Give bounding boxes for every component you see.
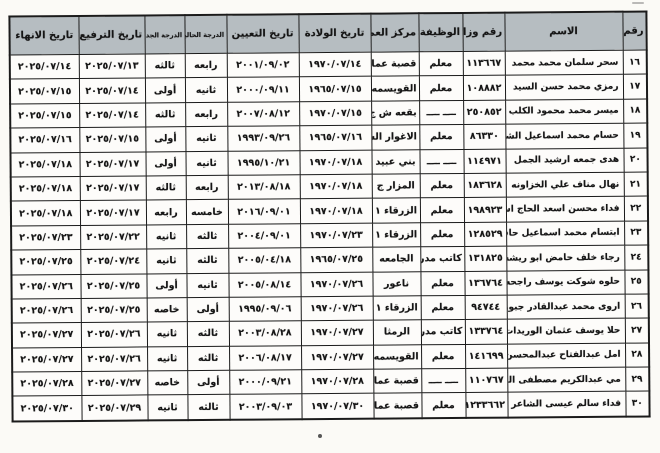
- cell-num: ٢٦: [625, 294, 649, 319]
- cell-name: حلوه شوكت يوسف راجحه: [506, 270, 624, 295]
- cell-work-center: قصبة عمان: [373, 393, 421, 418]
- header-number: رقم: [622, 12, 646, 51]
- cell-birth-date: ١٩٦٥/٠٧/١٥: [299, 77, 371, 102]
- cell-hire-date: ٢٠٠٠/٠٩/٢١: [229, 370, 301, 395]
- cell-job: معلم: [421, 344, 465, 369]
- employee-table: رقم الاسم رقم وزاري الوظيفة مركز العمل ت…: [8, 10, 650, 422]
- cell-birth-date: ١٩٧٠/٠٧/١٨: [300, 174, 372, 199]
- header-name: الاسم: [504, 12, 622, 51]
- cell-ministry-number: ١٤١٦٩٩: [465, 344, 507, 369]
- table-row: ٣٠فداء سالم عيسى الشاعر١٢٣٣٦٦٢معلمقصبة ع…: [12, 391, 649, 421]
- cell-num: ٢٠: [623, 148, 647, 173]
- table-header: رقم الاسم رقم وزاري الوظيفة مركز العمل ت…: [9, 12, 646, 56]
- cell-promotion-date: ٢٠٢٥/٠٧/٢٥: [81, 298, 147, 323]
- cell-end-date: ٢٠٢٥/٠٧/١٥: [10, 79, 79, 104]
- cell-hire-date: ١٩٩٣/٠٩/٢٦: [227, 126, 299, 151]
- cell-end-date: ٢٠٢٥/٠٧/٢٦: [12, 298, 81, 323]
- cell-promotion-date: ٢٠٢٥/٠٧/١٣: [79, 54, 145, 79]
- cell-promotion-date: ٢٠٢٥/٠٧/١٧: [80, 176, 146, 201]
- cell-work-center: الزرقاء ١: [372, 223, 420, 248]
- cell-num: ٢٧: [625, 318, 649, 343]
- cell-promotion-date: ٢٠٢٥/٠٧/١٧: [79, 152, 145, 177]
- cell-num: ٢١: [624, 172, 648, 197]
- cell-promotion-date: ٢٠٢٥/٠٧/٢٢: [80, 225, 146, 250]
- cell-new-grade: ثانيه: [146, 249, 186, 274]
- cell-end-date: ٢٠٢٥/٠٧/١٨: [10, 152, 79, 177]
- cell-name: حسام محمد اسماعيل الشاطور: [505, 123, 623, 148]
- cell-end-date: ٢٠٢٥/٠٧/١٦: [10, 128, 79, 153]
- cell-work-center: الجامعه: [372, 247, 420, 272]
- cell-hire-date: ٢٠٠٣/٠٩/٠٣: [229, 394, 301, 419]
- cell-end-date: ٢٠٢٥/٠٧/٢٨: [12, 372, 81, 397]
- cell-new-grade: ثالثه: [145, 102, 185, 127]
- cell-birth-date: ١٩٧٠/٠٧/١٥: [299, 101, 371, 126]
- cell-job: ــــ ــــ: [419, 100, 463, 125]
- cell-new-grade: رابعه: [146, 200, 186, 225]
- cell-hire-date: ٢٠٠٧/٠٨/١٢: [227, 102, 299, 127]
- cell-name: رجاء خلف حامض ابو ريشه: [506, 245, 624, 270]
- cell-birth-date: ١٩٧٠/٠٧/٢٧: [301, 320, 373, 345]
- cell-job: معلم: [419, 51, 463, 76]
- cell-ministry-number: ١١٣٦٦٧: [463, 51, 505, 76]
- cell-num: ٢٨: [625, 343, 649, 368]
- cell-work-center: الرمثا: [373, 320, 421, 345]
- cell-ministry-number: ٨٦٣٣٠: [463, 124, 505, 149]
- cell-promotion-date: ٢٠٢٥/٠٧/٢٥: [80, 273, 146, 298]
- cell-num: ٢٢: [624, 196, 648, 221]
- cell-hire-date: ٢٠٠٥/٠٨/١٤: [228, 272, 300, 297]
- cell-current-grade: أولى: [187, 370, 229, 395]
- cell-current-grade: أولى: [187, 297, 229, 322]
- cell-ministry-number: ١٣٦٧٦٤: [464, 271, 506, 296]
- cell-ministry-number: ١٠٨٨٨٢: [463, 76, 505, 101]
- table-body: ١٦سحر سلمان محمد محمد١١٣٦٦٧معلمقصبة عمان…: [10, 50, 650, 421]
- cell-new-grade: ثالثه: [146, 176, 186, 201]
- header-hire-date: تاريخ التعيين: [226, 14, 298, 53]
- cell-end-date: ٢٠٢٥/٠٧/٣٠: [12, 396, 81, 421]
- cell-new-grade: ثانيه: [147, 346, 187, 371]
- cell-current-grade: خامسه: [186, 200, 228, 225]
- cell-work-center: بقعه ش ج: [371, 101, 419, 126]
- cell-promotion-date: ٢٠٢٥/٠٧/٢٦: [81, 347, 147, 372]
- cell-name: ميسر محمد محمود الكلب: [505, 99, 623, 124]
- cell-promotion-date: ٢٠٢٥/٠٧/٢٦: [81, 322, 147, 347]
- cell-name: فداء سالم عيسى الشاعر: [507, 392, 625, 418]
- cell-work-center: الزرقاء ١: [372, 198, 420, 223]
- cell-hire-date: ١٩٩٥/٠٩/٠٦: [229, 297, 301, 322]
- cell-current-grade: ثالثه: [186, 224, 228, 249]
- cell-num: ١٧: [623, 74, 647, 99]
- cell-work-center: ناعور: [372, 271, 420, 296]
- scan-artifact-dot: [318, 434, 322, 438]
- cell-current-grade: ثالثه: [187, 346, 229, 371]
- cell-new-grade: أولى: [145, 78, 185, 103]
- cell-current-grade: ثالثه: [186, 248, 228, 273]
- cell-job: ــــ ــــ: [421, 369, 465, 394]
- header-row: رقم الاسم رقم وزاري الوظيفة مركز العمل ت…: [9, 12, 646, 56]
- header-birth-date: تاريخ الولادة: [298, 14, 370, 53]
- cell-birth-date: ١٩٧٠/٠٧/١٨: [300, 199, 372, 224]
- cell-birth-date: ١٩٧٠/٠٧/١٨: [299, 150, 371, 175]
- cell-hire-date: ٢٠٠٤/٠٩/٠١: [228, 223, 300, 248]
- cell-num: ٢٤: [624, 245, 648, 270]
- header-work-center: مركز العمل: [370, 13, 418, 52]
- cell-work-center: الزرقاء ١: [373, 296, 421, 321]
- cell-birth-date: ١٩٧٠/٠٧/١٤: [299, 52, 371, 77]
- cell-new-grade: أولى: [146, 273, 186, 298]
- cell-job: معلم: [421, 295, 465, 320]
- cell-ministry-number: ١٢٨٥٢٩: [464, 222, 506, 247]
- cell-new-grade: ثانيه: [147, 322, 187, 347]
- cell-name: ابتسام محمد اسماعيل حافظ نويس: [506, 221, 624, 246]
- cell-promotion-date: ٢٠٢٥/٠٧/٢٧: [81, 371, 147, 396]
- cell-current-grade: رابعه: [185, 102, 227, 127]
- cell-birth-date: ١٩٦٥/٠٧/١٦: [299, 125, 371, 150]
- cell-hire-date: ٢٠٠٠/٠٩/١١: [227, 77, 299, 102]
- cell-name: اروى محمد عبدالقادر جبور: [507, 294, 625, 319]
- cell-work-center: القويسمه: [373, 344, 421, 369]
- cell-ministry-number: ١٢٣٣٦٦٢: [465, 393, 507, 418]
- cell-job: كاتب مدرسه: [421, 320, 465, 345]
- cell-hire-date: ٢٠٠٣/٠٨/٢٨: [229, 321, 301, 346]
- cell-ministry-number: ١٨٣٦٢٨: [464, 173, 506, 198]
- cell-ministry-number: ١١٤٩٧١: [463, 149, 505, 174]
- cell-current-grade: ثالثه: [187, 395, 229, 420]
- cell-ministry-number: ١٣١٨٢٥: [464, 246, 506, 271]
- cell-num: ٢٥: [624, 270, 648, 295]
- cell-promotion-date: ٢٠٢٥/٠٧/٢٤: [80, 249, 146, 274]
- cell-num: ٢٩: [625, 367, 649, 392]
- cell-hire-date: ٢٠٠٥/٠٤/١٨: [228, 248, 300, 273]
- cell-num: ١٩: [623, 123, 647, 148]
- cell-job: كاتب مدرسه: [420, 247, 464, 272]
- cell-name: سحر سلمان محمد محمد: [505, 50, 623, 75]
- cell-work-center: الاغوار الش: [371, 125, 419, 150]
- cell-current-grade: ثانيه: [185, 126, 227, 151]
- cell-new-grade: خاصه: [147, 298, 187, 323]
- cell-hire-date: ٢٠١٣/٠٨/١٨: [228, 175, 300, 200]
- cell-hire-date: ١٩٩٥/١٠/٢١: [227, 150, 299, 175]
- cell-end-date: ٢٠٢٥/٠٧/١٨: [11, 201, 80, 226]
- cell-current-grade: ثانيه: [185, 78, 227, 103]
- cell-current-grade: رابعه: [186, 175, 228, 200]
- cell-birth-date: ١٩٧٠/٠٧/٢٣: [300, 223, 372, 248]
- cell-current-grade: ثالثه: [187, 322, 229, 347]
- cell-birth-date: ١٩٧٠/٠٧/٢٦: [301, 296, 373, 321]
- cell-promotion-date: ٢٠٢٥/٠٧/١٥: [79, 127, 145, 152]
- cell-work-center: بني عبيد: [371, 149, 419, 174]
- cell-end-date: ٢٠٢٥/٠٧/١٤: [10, 54, 79, 79]
- cell-new-grade: خاصه: [147, 371, 187, 396]
- cell-new-grade: أولى: [145, 127, 185, 152]
- cell-ministry-number: ١٩٨٩٢٣: [464, 197, 506, 222]
- cell-name: حلا يوسف عثمان الوريدات: [507, 318, 625, 343]
- cell-job: ــــ ــــ: [419, 149, 463, 174]
- cell-ministry-number: ٢٥٠٨٥٢: [463, 100, 505, 125]
- cell-job: معلم: [420, 271, 464, 296]
- cell-job: معلم: [419, 76, 463, 101]
- cell-job: معلم: [420, 198, 464, 223]
- cell-hire-date: ٢٠١٦/٠٩/٠١: [228, 199, 300, 224]
- cell-birth-date: ١٩٧٠/٠٧/٢٦: [300, 272, 372, 297]
- cell-birth-date: ١٩٧٠/٠٧/٣٠: [301, 394, 373, 419]
- cell-birth-date: ١٩٧٠/٠٧/٢٨: [301, 369, 373, 394]
- cell-end-date: ٢٠٢٥/٠٧/١٨: [11, 176, 80, 201]
- cell-hire-date: ٢٠٠١/٠٩/٠٢: [227, 53, 299, 78]
- cell-name: رمزي محمد حسن السيد: [505, 75, 623, 100]
- cell-birth-date: ١٩٦٥/٠٧/٢٥: [300, 247, 372, 272]
- cell-new-grade: ثالثه: [145, 54, 185, 79]
- cell-job: معلم: [421, 393, 465, 418]
- cell-promotion-date: ٢٠٢٥/٠٧/١٤: [79, 78, 145, 103]
- cell-new-grade: ثانيه: [147, 395, 187, 420]
- header-ministry-number: رقم وزاري: [462, 13, 504, 52]
- cell-num: ١٦: [623, 50, 647, 75]
- cell-work-center: المزار ج: [372, 174, 420, 199]
- cell-new-grade: ثانيه: [146, 224, 186, 249]
- cell-ministry-number: ٩٤٧٤٤: [465, 295, 507, 320]
- scanned-document-page: { "colors": { "header_bg": "#b6bdc1", "b…: [0, 0, 660, 453]
- cell-new-grade: أولى: [145, 151, 185, 176]
- cell-num: ٣٠: [625, 391, 649, 416]
- cell-end-date: ٢٠٢٥/٠٧/٢٣: [11, 225, 80, 250]
- cell-name: مي عبدالكريم مصطفى العتيبي: [507, 367, 625, 392]
- cell-current-grade: ثانيه: [186, 273, 228, 298]
- cell-work-center: القويسمه: [371, 76, 419, 101]
- cell-num: ٢٣: [624, 221, 648, 246]
- cell-name: امل عبدالفتاح عبدالمحسن عيسى: [507, 343, 625, 368]
- cell-job: معلم: [420, 173, 464, 198]
- cell-name: نهال مناف علي الخزاونه: [506, 172, 624, 197]
- cell-job: معلم: [419, 125, 463, 150]
- cell-ministry-number: ١١٠٧٦٧: [465, 368, 507, 393]
- header-current-grade: الدرجة الحالية: [184, 15, 226, 54]
- cell-name: فداء محسن اسعد الحاج اسعد: [506, 197, 624, 222]
- cell-work-center: قصبة عمان: [371, 52, 419, 77]
- cell-promotion-date: ٢٠٢٥/٠٧/١٤: [79, 103, 145, 128]
- cell-work-center: قصبة عمان: [373, 369, 421, 394]
- cell-current-grade: رابعه: [185, 53, 227, 78]
- cell-current-grade: ثانيه: [185, 151, 227, 176]
- employee-list-table-wrap: رقم الاسم رقم وزاري الوظيفة مركز العمل ت…: [8, 10, 650, 422]
- cell-name: هدى جمعه ارشيد الجمل: [505, 148, 623, 173]
- cell-job: معلم: [420, 222, 464, 247]
- cell-end-date: ٢٠٢٥/٠٧/٢٥: [11, 250, 80, 275]
- cell-promotion-date: ٢٠٢٥/٠٧/٢٩: [81, 395, 147, 420]
- header-new-grade: الدرجة الجديدة: [144, 15, 184, 54]
- cell-end-date: ٢٠٢٥/٠٧/٢٧: [12, 323, 81, 348]
- cell-ministry-number: ١٣٣٧٦٤: [465, 319, 507, 344]
- header-job: الوظيفة: [418, 13, 462, 52]
- cell-num: ١٨: [623, 99, 647, 124]
- cell-promotion-date: ٢٠٢٥/٠٧/١٧: [80, 200, 146, 225]
- scan-artifact-speck: [632, 2, 644, 4]
- cell-end-date: ٢٠٢٥/٠٧/٢٦: [11, 274, 80, 299]
- cell-end-date: ٢٠٢٥/٠٧/٢٧: [12, 347, 81, 372]
- cell-birth-date: ١٩٧٠/٠٧/٢٧: [301, 345, 373, 370]
- header-end-date: تاريخ الانهاء: [9, 16, 78, 55]
- cell-hire-date: ٢٠٠٦/٠٨/١٧: [229, 345, 301, 370]
- header-promotion-date: تاريخ الترفيع: [78, 15, 144, 54]
- cell-end-date: ٢٠٢٥/٠٧/١٥: [10, 103, 79, 128]
